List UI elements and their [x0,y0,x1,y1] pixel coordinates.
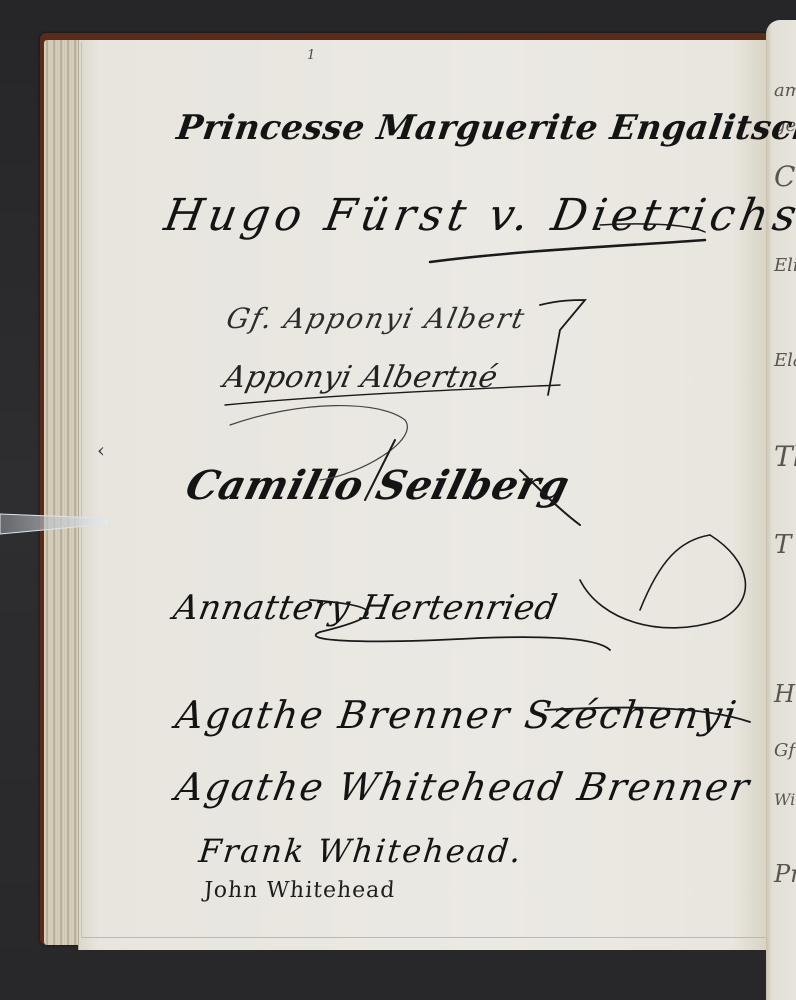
signature-engalitscheff: Princesse Marguerite Engalitscheff, [174,108,796,148]
margin-mark: ‹ [97,438,106,462]
signature-hertenried: Annattery Hertenried [170,588,560,628]
facing-fragment: Cl [774,160,796,193]
signature-frank-whitehead: Frank Whitehead. [197,832,525,870]
facing-fragment: Elisa [774,255,796,276]
signature-apponyi-albertne: Apponyi Albertné [220,360,501,395]
facing-fragment: H [774,680,795,708]
signature-agathe-whitehead: Agathe Whitehead Brenner [172,765,754,809]
facing-fragment: Gf [774,740,795,761]
facing-fragment: am [774,80,796,101]
facing-fragment: Prinz [774,860,796,888]
autograph-page: 1 ‹ Princesse Marguerite Engalitscheff, … [78,40,766,950]
signature-agathe-brenner: Agathe Brenner Széchenyi [173,693,741,737]
facing-fragment: Wimp [774,790,796,809]
facing-page: am ge Cl Elisa Ela Th T H Gf Wimp Prinz [766,20,796,1000]
facing-fragment: Th [774,440,796,473]
signature-dietrichstein: Hugo Fürst v. Dietrichstein [161,190,796,241]
signature-apponyi-albert: Gf. Apponyi Albert [223,302,528,335]
signature-camillo: Camillo Seilberg [181,462,574,509]
signature-john-whitehead: John Whitehead [203,878,396,903]
facing-fragment: Ela [774,350,796,371]
facing-fragment: T [774,530,791,560]
page-number-mark: 1 [307,48,315,63]
